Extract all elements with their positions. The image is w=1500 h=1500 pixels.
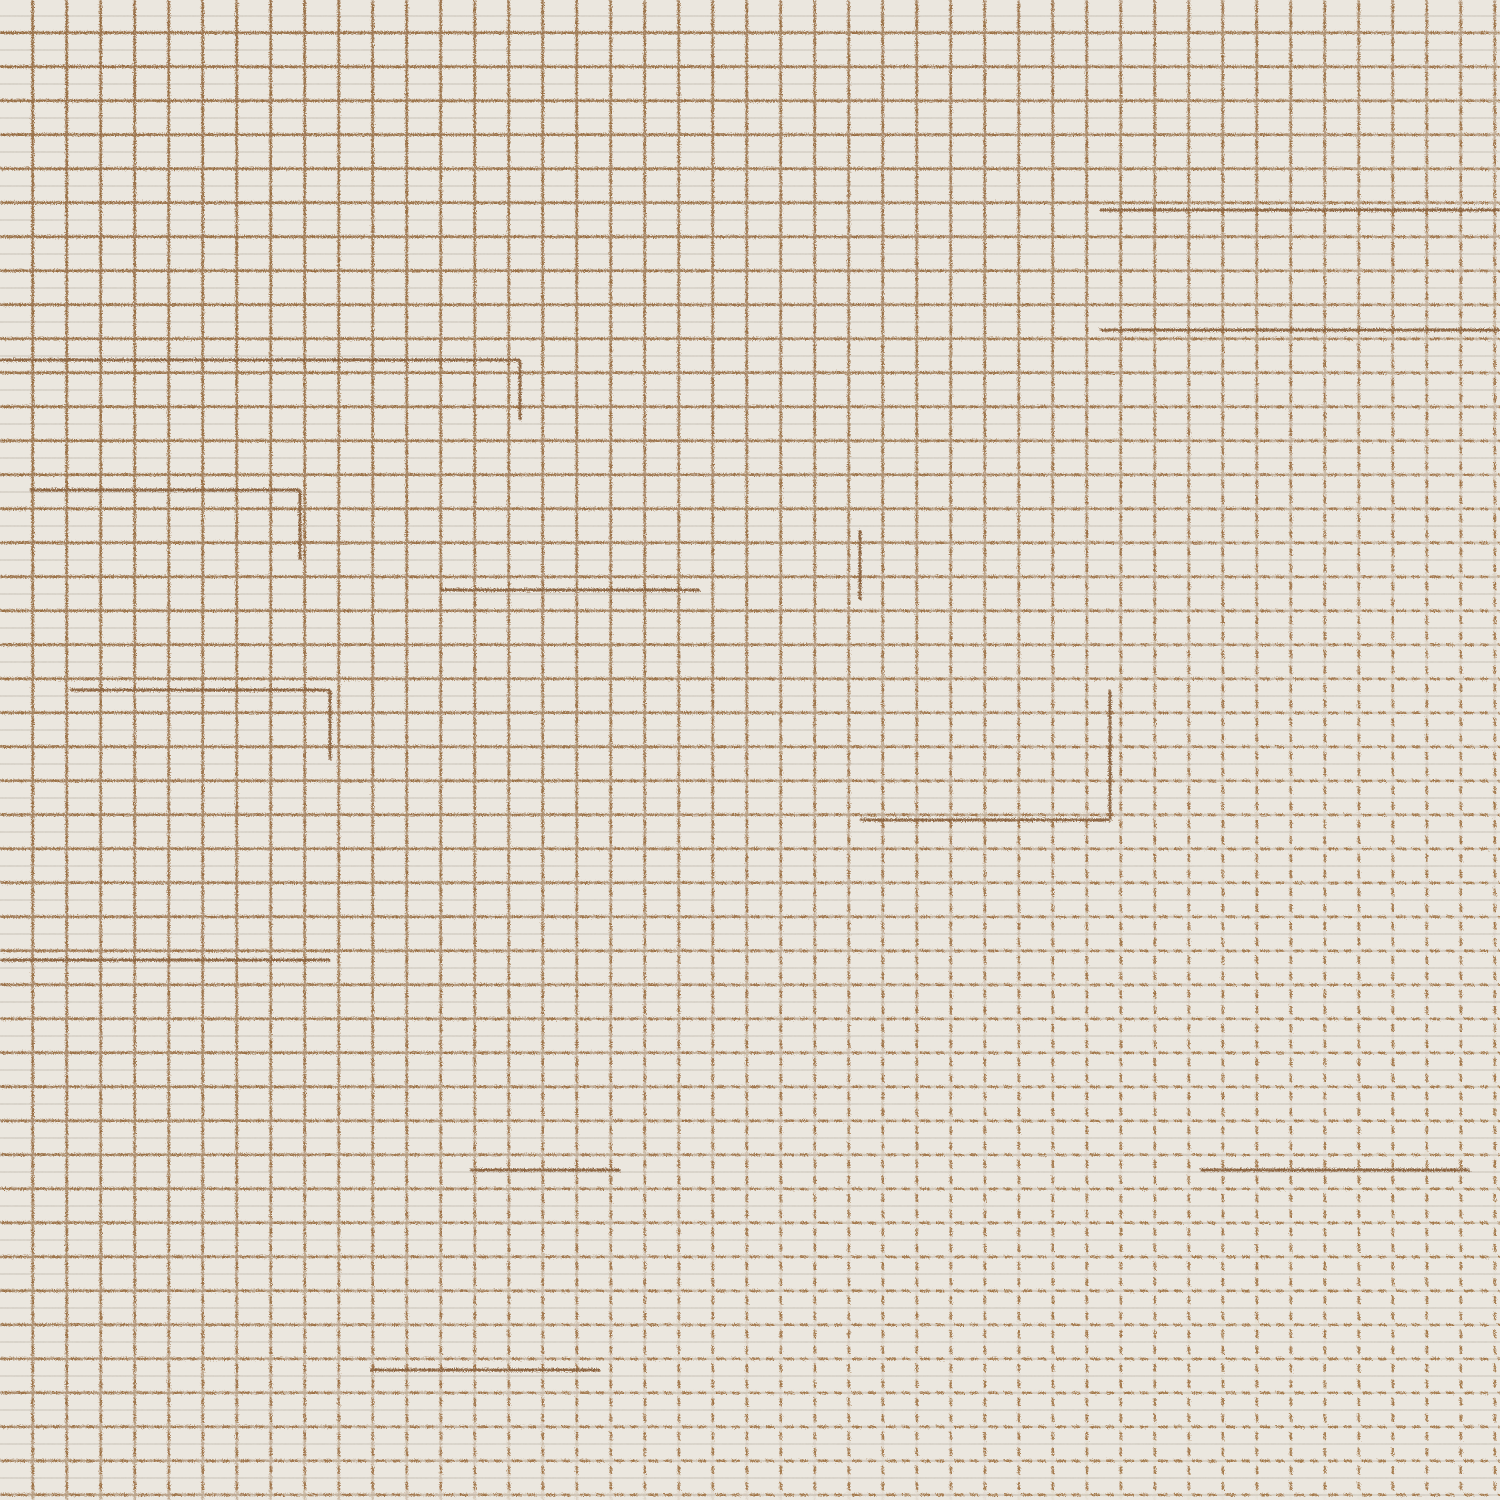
carpet-texture-photo <box>0 0 1500 1500</box>
carpet-pattern <box>0 0 1500 1500</box>
